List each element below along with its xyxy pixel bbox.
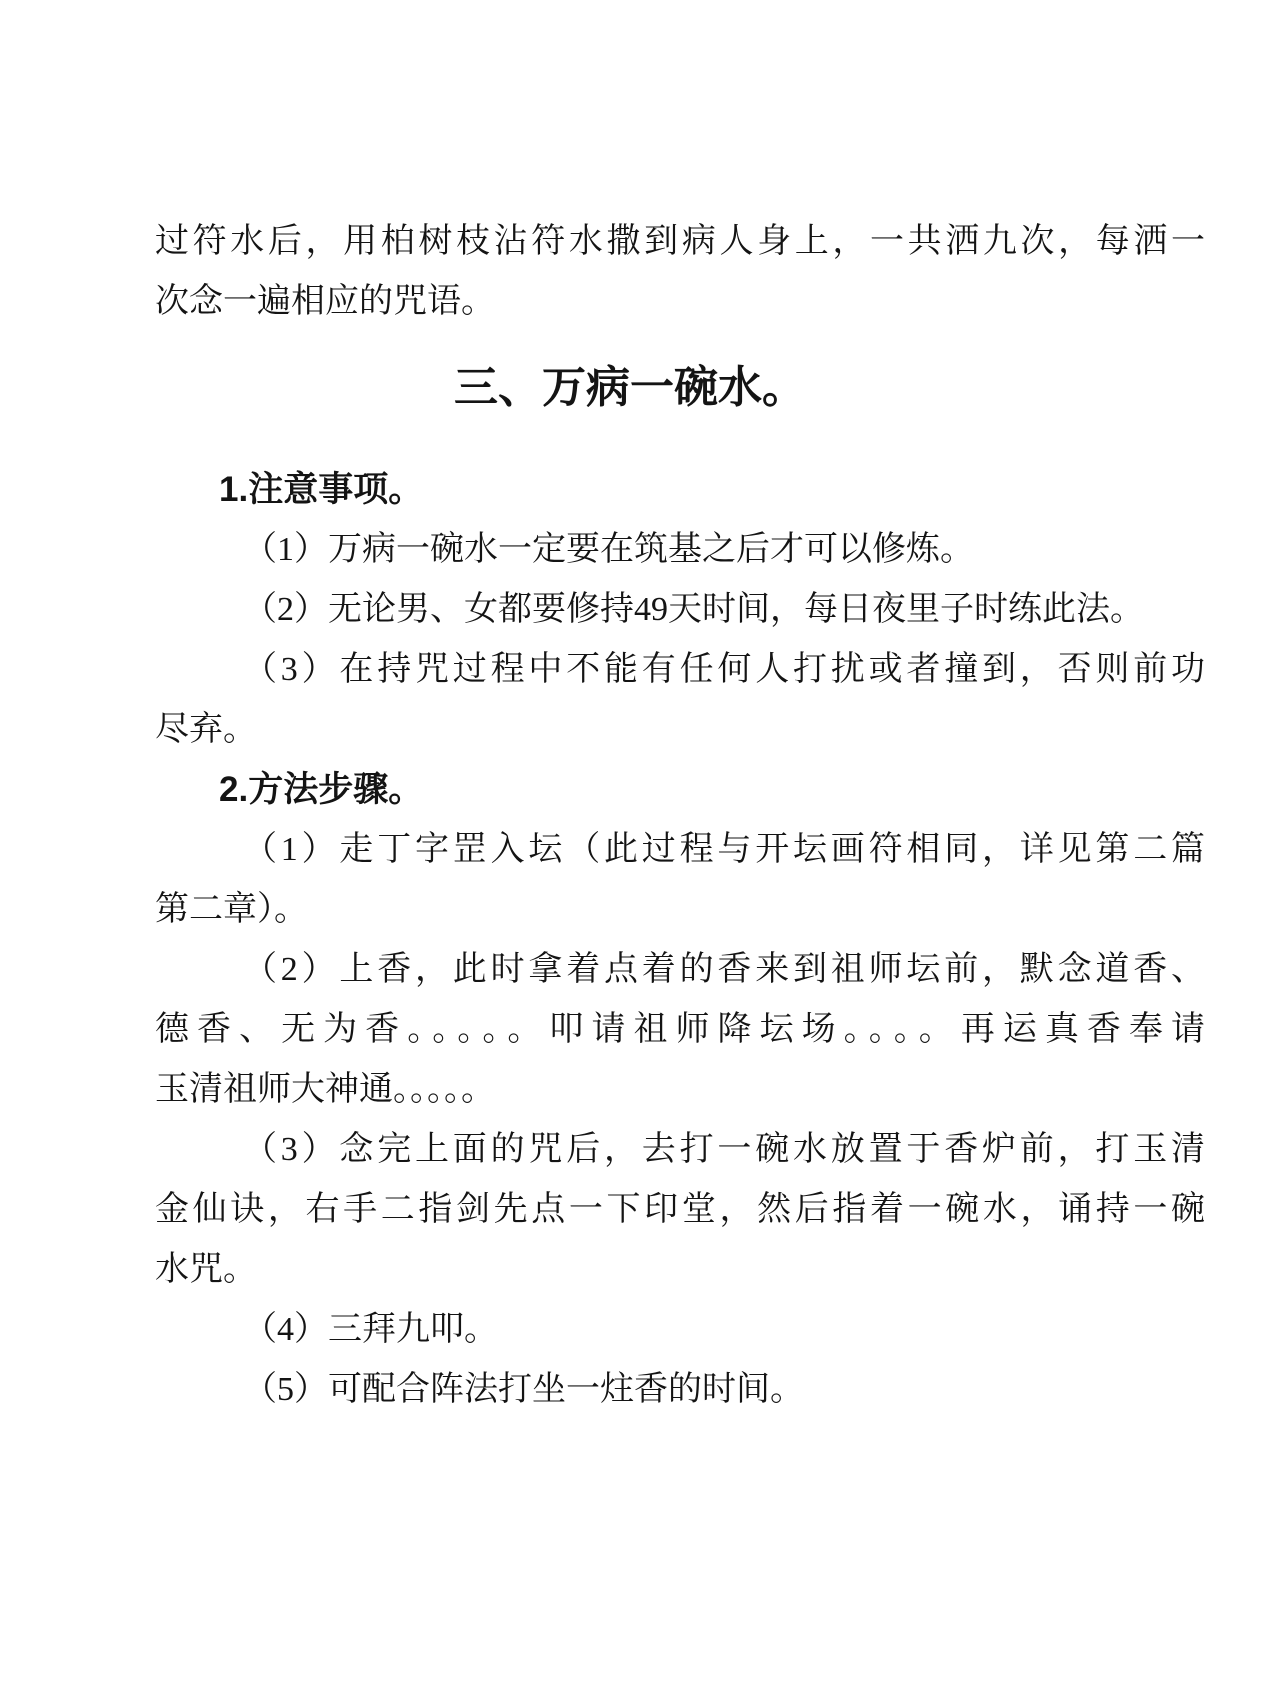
- intro-line-2: 次念一遍相应的咒语。: [155, 272, 1205, 332]
- document-page: 过符水后，用柏树枝沾符水撒到病人身上，一共洒九次，每洒一 次念一遍相应的咒语。 …: [0, 0, 1266, 1695]
- precaution-3-line-1: （3）在持咒过程中不能有任何人打扰或者撞到，否则前功: [155, 640, 1205, 700]
- step-1-line-1: （1）走丁字罡入坛（此过程与开坛画符相同，详见第二篇: [155, 820, 1205, 880]
- step-2-line-3: 玉清祖师大神通。。。。。: [155, 1060, 1205, 1120]
- step-5: （5）可配合阵法打坐一炷香的时间。: [155, 1360, 1205, 1420]
- step-1-line-2: 第二章）。: [155, 880, 1205, 940]
- step-2-line-2: 德香、无为香。。。。。叩请祖师降坛场。。。。再运真香奉请: [155, 1000, 1205, 1060]
- precaution-3-line-2: 尽弃。: [155, 700, 1205, 760]
- precaution-1: （1）万病一碗水一定要在筑基之后才可以修炼。: [155, 520, 1205, 580]
- step-4: （4）三拜九叩。: [155, 1300, 1205, 1360]
- intro-line-1: 过符水后，用柏树枝沾符水撒到病人身上，一共洒九次，每洒一: [155, 212, 1205, 272]
- step-3-line-3: 水咒。: [155, 1240, 1205, 1300]
- step-2-line-1: （2）上香，此时拿着点着的香来到祖师坛前，默念道香、: [155, 940, 1205, 1000]
- subhead-steps: 2.方法步骤。: [155, 760, 1205, 820]
- subhead-precautions: 1.注意事项。: [155, 460, 1205, 520]
- section-heading: 三、万病一碗水。: [155, 358, 1105, 418]
- step-3-line-1: （3）念完上面的咒后，去打一碗水放置于香炉前，打玉清: [155, 1120, 1205, 1180]
- text-block: 过符水后，用柏树枝沾符水撒到病人身上，一共洒九次，每洒一 次念一遍相应的咒语。 …: [155, 212, 1205, 1420]
- precaution-2: （2）无论男、女都要修持49天时间，每日夜里子时练此法。: [155, 580, 1205, 640]
- step-3-line-2: 金仙诀，右手二指剑先点一下印堂，然后指着一碗水，诵持一碗: [155, 1180, 1205, 1240]
